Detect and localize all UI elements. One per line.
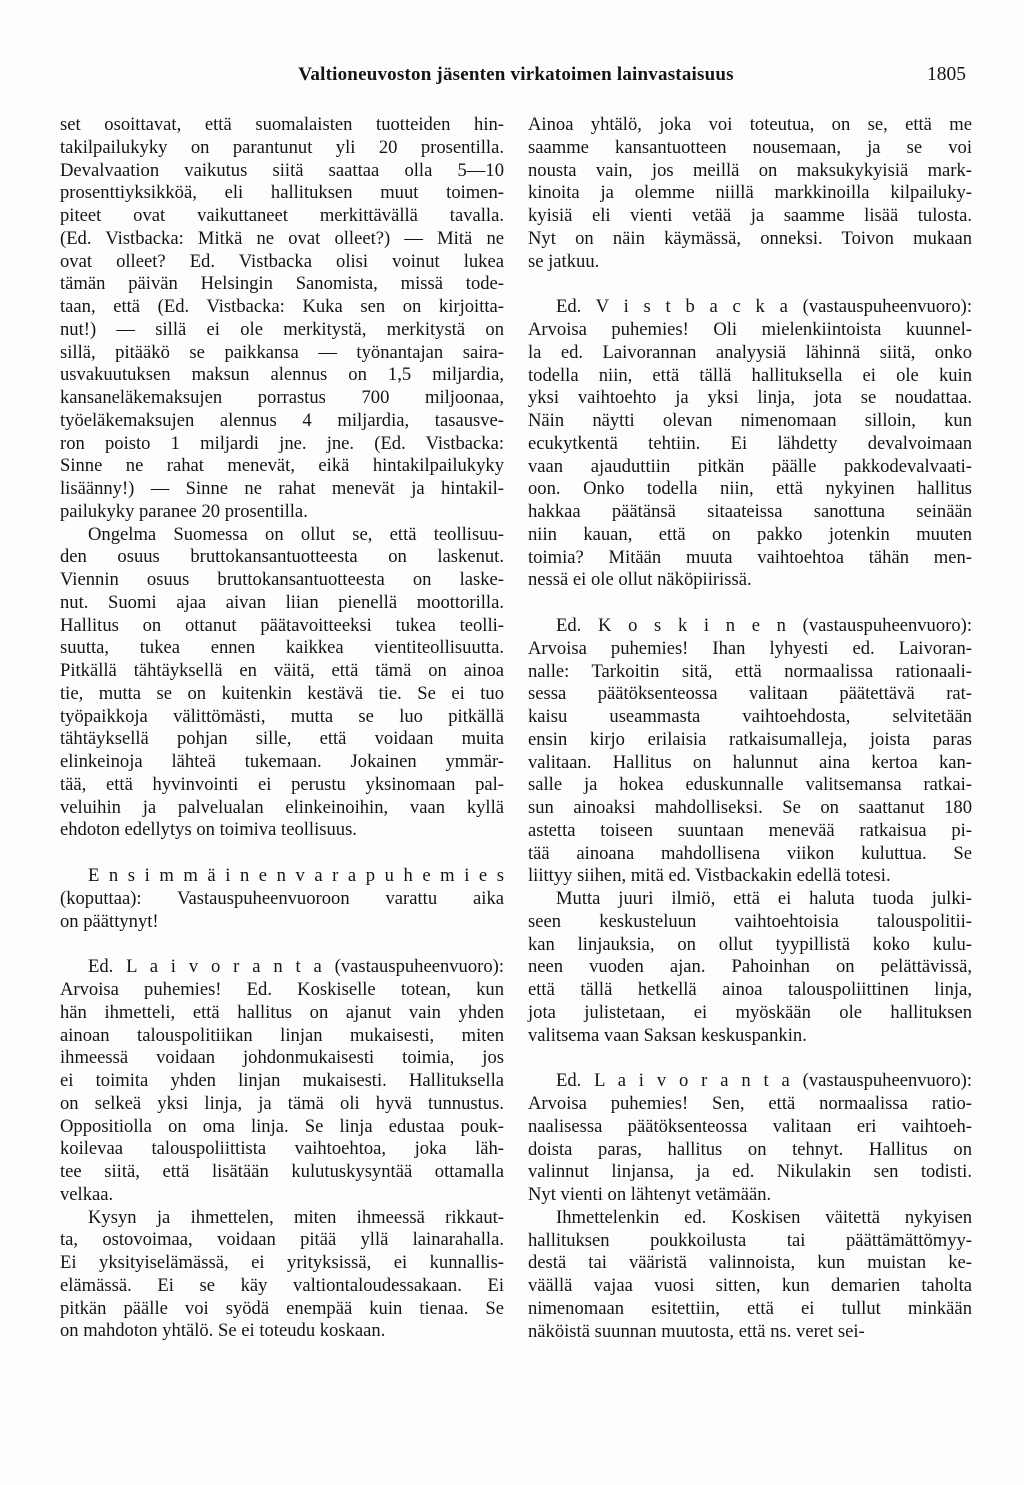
document-page: Valtioneuvoston jäsenten virkatoimen lai…	[0, 0, 1024, 1485]
text-line: oon. Onko todella niin, että nykyinen ha…	[528, 478, 972, 501]
text-line: Ed. L a i v o r a n t a (vastauspuheenvu…	[60, 956, 504, 979]
text-line: Viennin osuus bruttokansantuotteesta on …	[60, 569, 504, 592]
paragraph: Mutta juuri ilmiö, että ei haluta tuoda …	[528, 888, 972, 1047]
paragraph: Ihmettelenkin ed. Koskisen väitettä nyky…	[528, 1207, 972, 1344]
text-line: E n s i m m ä i n e n v a r a p u h e m …	[60, 865, 504, 888]
text-line: tämän päivän Helsingin Sanomista, missä …	[60, 273, 504, 296]
text-line: usvakuutuksen maksun alennus on 1,5 milj…	[60, 364, 504, 387]
text-line: Nyt vienti on lähtenyt vetämään.	[528, 1184, 972, 1207]
paragraph: Ed. L a i v o r a n t a (vastauspuheenvu…	[528, 1070, 972, 1207]
text-line: velkaa.	[60, 1184, 504, 1207]
text-line: todella niin, että tällä hallituksella e…	[528, 365, 972, 388]
text-line: kan linjauksia, on ollut tyypillistä kok…	[528, 934, 972, 957]
text-line: Kysyn ja ihmettelen, miten ihmeessä rikk…	[60, 1207, 504, 1230]
text-line: toimia? Mitään muuta vaihtoehtoa tähän m…	[528, 547, 972, 570]
text-line: pailukyky paranee 20 prosentilla.	[60, 501, 504, 524]
paragraph: set osoittavat, että suomalaisten tuotte…	[60, 114, 504, 524]
text-line: sun ainoaksi mahdolliseksi. Se on saatta…	[528, 797, 972, 820]
text-line: Ed. K o s k i n e n (vastauspuheenvuoro)…	[528, 615, 972, 638]
text-line: tää, että hyvinvointi ei perustu yksinom…	[60, 774, 504, 797]
text-line: koilevaa talouspoliittista vaihtoehtoa, …	[60, 1138, 504, 1161]
text-line: on selkeä yksi linja, ja tämä oli hyvä t…	[60, 1093, 504, 1116]
text-line: Ainoa yhtälö, joka voi toteutua, on se, …	[528, 114, 972, 137]
column-right: Ainoa yhtälö, joka voi toteutua, on se, …	[528, 114, 972, 1343]
paragraph: E n s i m m ä i n e n v a r a p u h e m …	[60, 865, 504, 933]
paragraph: Ed. L a i v o r a n t a (vastauspuheenvu…	[60, 956, 504, 1206]
text-line: sillä, pitääkö se paikkansa — työnantaja…	[60, 342, 504, 365]
text-line: ihmeessä voidaan johdonmukaisesti toimia…	[60, 1047, 504, 1070]
text-line: että tällä hetkellä ainoa talouspoliitti…	[528, 979, 972, 1002]
text-line: valitsema vaan Saksan keskuspankin.	[528, 1025, 972, 1048]
text-line: Arvoisa puhemies! Sen, että normaalissa …	[528, 1093, 972, 1116]
text-line: Pitkällä tähtäyksellä en väitä, että täm…	[60, 660, 504, 683]
text-line: ecukytkentä tehtiin. Ei lähdetty devalvo…	[528, 433, 972, 456]
text-line: jota julistetaan, ei myöskään ole hallit…	[528, 1002, 972, 1025]
text-line: kyisiä eli vienti vetää ja saamme lisää …	[528, 205, 972, 228]
text-line: kinoita ja olemme niillä markkinoilla ki…	[528, 182, 972, 205]
text-line: ei toimita yhden linjan mukaisesti. Hall…	[60, 1070, 504, 1093]
text-line: kansaneläkemaksujen porrastus 700 miljoo…	[60, 387, 504, 410]
page-number: 1805	[927, 64, 966, 86]
text-line: Näin näytti olevan nimenomaan silloin, k…	[528, 410, 972, 433]
text-line: ron poisto 1 miljardi jne. jne. (Ed. Vis…	[60, 433, 504, 456]
text-line: prosenttiyksikköä, eli hallituksen muut …	[60, 182, 504, 205]
text-line: nut. Suomi ajaa aivan liian pienellä moo…	[60, 592, 504, 615]
text-line: Ongelma Suomessa on ollut se, että teoll…	[60, 524, 504, 547]
text-line: työpaikkoja välittömästi, mutta se luo p…	[60, 706, 504, 729]
text-line: elämässä. Ei se käy valtiontaloudessakaa…	[60, 1275, 504, 1298]
paragraph: Ongelma Suomessa on ollut se, että teoll…	[60, 524, 504, 843]
paragraph: Ainoa yhtälö, joka voi toteutua, on se, …	[528, 114, 972, 273]
text-line: neen vuoden ajan. Pahoinhan on pelättävi…	[528, 956, 972, 979]
text-line: pitkän päälle voi syödä enempää kuin tie…	[60, 1298, 504, 1321]
text-line: Devalvaation vaikutus siitä saattaa olla…	[60, 160, 504, 183]
text-line: set osoittavat, että suomalaisten tuotte…	[60, 114, 504, 137]
text-line: den osuus bruttokansantuotteesta on lask…	[60, 546, 504, 569]
paragraph: Ed. K o s k i n e n (vastauspuheenvuoro)…	[528, 615, 972, 888]
paragraph: Ed. V i s t b a c k a (vastauspuheenvuor…	[528, 296, 972, 592]
text-line: valinnut linjansa, ja ed. Nikulakin sen …	[528, 1161, 972, 1184]
text-line: (koputtaa): Vastauspuheenvuoroon varattu…	[60, 888, 504, 911]
text-line: tähtäyksellä pohjan sille, että voidaan …	[60, 728, 504, 751]
text-line: hän ihmetteli, että hallitus on ajanut v…	[60, 1002, 504, 1025]
text-line: nousta vain, jos meillä on maksukykyisiä…	[528, 160, 972, 183]
text-line: Ihmettelenkin ed. Koskisen väitettä nyky…	[528, 1207, 972, 1230]
text-line: (Ed. Vistbacka: Mitkä ne ovat olleet?) —…	[60, 228, 504, 251]
text-line: takilpailukyky on parantunut yli 20 pros…	[60, 137, 504, 160]
text-line: on mahdoton yhtälö. Se ei toteudu koskaa…	[60, 1320, 504, 1343]
text-line: destä tai vääristä valinnoista, kun muis…	[528, 1252, 972, 1275]
text-line: Nyt on näin käymässä, onneksi. Toivon mu…	[528, 228, 972, 251]
text-line: sessa päätöksenteossa valitaan päätettäv…	[528, 683, 972, 706]
text-line: Arvoisa puhemies! Ed. Koskiselle totean,…	[60, 979, 504, 1002]
text-line: nimenomaan esitettiin, että ei tullut mi…	[528, 1298, 972, 1321]
text-line: taan, että (Ed. Vistbacka: Kuka sen on k…	[60, 296, 504, 319]
text-line: saamme kansantuotteen nousemaan, ja se v…	[528, 137, 972, 160]
text-line: ovat olleet? Ed. Vistbacka olisi voinut …	[60, 251, 504, 274]
text-line: nessä ei ole ollut näköpiirissä.	[528, 569, 972, 592]
text-line: tää ainoana mahdollisena viikon kuluttua…	[528, 843, 972, 866]
text-line: veluihin ja palvelualan elinkeinoihin, v…	[60, 797, 504, 820]
column-left: set osoittavat, että suomalaisten tuotte…	[60, 114, 504, 1343]
text-columns: set osoittavat, että suomalaisten tuotte…	[60, 114, 972, 1343]
text-line: Sinne ne rahat menevät, eikä hintakilpai…	[60, 455, 504, 478]
text-line: ainoan talouspolitiikan linjan mukaisest…	[60, 1025, 504, 1048]
text-line: la ed. Laivorannan analyysiä lähinnä sii…	[528, 342, 972, 365]
text-line: elinkeinoja lähteä tukemaan. Jokainen ym…	[60, 751, 504, 774]
text-line: liittyy siihen, mitä ed. Vistbackakin ed…	[528, 865, 972, 888]
text-line: tie, mutta se on kuitenkin kestävä tie. …	[60, 683, 504, 706]
text-line: niin kauan, että on pakko jotenkin muute…	[528, 524, 972, 547]
text-line: kaisu useammasta vaihtoehdosta, selvitet…	[528, 706, 972, 729]
text-line: naalisessa päätöksenteossa valitaan eri …	[528, 1116, 972, 1139]
text-line: valitaan. Hallitus on halunnut aina kert…	[528, 752, 972, 775]
text-line: se jatkuu.	[528, 251, 972, 274]
text-line: Hallitus on ottanut päätavoitteeksi tuke…	[60, 615, 504, 638]
page-header: Valtioneuvoston jäsenten virkatoimen lai…	[60, 64, 972, 90]
text-line: vaan ajauduttiin pitkän päälle pakkodeva…	[528, 456, 972, 479]
text-line: hallituksen poukkoilusta tai päättämättö…	[528, 1230, 972, 1253]
text-line: ensin kirjo erilaisia ratkaisumalleja, j…	[528, 729, 972, 752]
text-line: seen keskusteluun vaihtoehtoisia talousp…	[528, 911, 972, 934]
page-title: Valtioneuvoston jäsenten virkatoimen lai…	[60, 64, 972, 86]
text-line: väällä vajaa vuosi sitten, kun demarien …	[528, 1275, 972, 1298]
text-line: suutta, tukea ennen kaikkea vientiteolli…	[60, 637, 504, 660]
text-line: lisäänny!) — Sinne ne rahat menevät ja h…	[60, 478, 504, 501]
text-line: yksi vaihtoehto ja yksi linja, jota se n…	[528, 387, 972, 410]
text-line: piteet ovat vaikuttaneet merkittävällä t…	[60, 205, 504, 228]
paragraph: Kysyn ja ihmettelen, miten ihmeessä rikk…	[60, 1207, 504, 1344]
text-line: Ed. V i s t b a c k a (vastauspuheenvuor…	[528, 296, 972, 319]
text-line: Arvoisa puhemies! Ihan lyhyesti ed. Laiv…	[528, 638, 972, 661]
text-line: salle ja hokea eduskunnalle valitsemansa…	[528, 774, 972, 797]
text-line: nut!) — sillä ei ole merkitystä, merkity…	[60, 319, 504, 342]
text-line: Ei yksityiselämässä, ei yrityksissä, ei …	[60, 1252, 504, 1275]
text-line: ehdoton edellytys on toimiva teollisuus.	[60, 819, 504, 842]
text-line: Oppositiolla on oma linja. Se linja edus…	[60, 1116, 504, 1139]
text-line: työeläkemaksujen alennus 4 miljardia, ta…	[60, 410, 504, 433]
text-line: hakkaa päätänsä sitaateissa sanottuna se…	[528, 501, 972, 524]
text-line: astetta toiseen suuntaan menevää ratkais…	[528, 820, 972, 843]
text-line: Ed. L a i v o r a n t a (vastauspuheenvu…	[528, 1070, 972, 1093]
text-line: nalle: Tarkoitin sitä, että normaalissa …	[528, 661, 972, 684]
text-line: doista paras, hallitus on tehnyt. Hallit…	[528, 1139, 972, 1162]
text-line: on päättynyt!	[60, 911, 504, 934]
text-line: Arvoisa puhemies! Oli mielenkiintoista k…	[528, 319, 972, 342]
text-line: Mutta juuri ilmiö, että ei haluta tuoda …	[528, 888, 972, 911]
text-line: tee siitä, että lisätään kulutuskysyntää…	[60, 1161, 504, 1184]
text-line: näköistä suunnan muutosta, että ns. vere…	[528, 1321, 972, 1344]
text-line: ta, ostovoimaa, voidaan pitää yllä laina…	[60, 1229, 504, 1252]
